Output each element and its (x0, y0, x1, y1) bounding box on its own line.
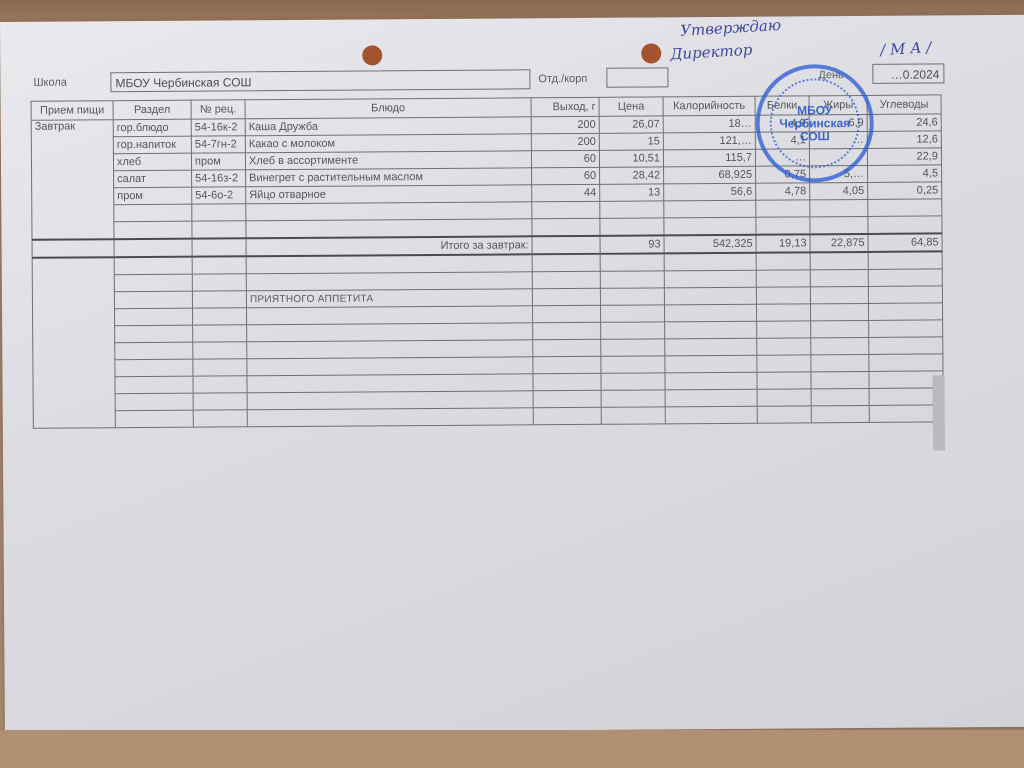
cell-empty (533, 339, 601, 356)
col-carbs: Углеводы (867, 95, 941, 115)
cell-empty (193, 410, 247, 427)
meal-cell: Завтрак (31, 120, 114, 240)
cell-empty (192, 221, 246, 239)
cell-empty (665, 389, 757, 407)
cell-empty (869, 320, 943, 338)
cell-empty (868, 286, 942, 304)
cell-empty (756, 304, 810, 321)
menu-sheet: Утверждаю Директор / М А / Школа МБОУ Че… (0, 15, 1024, 734)
cell-section: хлеб (113, 153, 191, 171)
cell-empty (600, 253, 664, 271)
cell-empty (757, 321, 811, 338)
cell-empty (532, 254, 600, 272)
cell-empty (868, 251, 942, 269)
cell-yield: 60 (532, 167, 600, 184)
col-calories: Калорийность (663, 96, 755, 116)
cell-dish: Винегрет с растительным маслом (246, 168, 532, 187)
cell-empty (115, 393, 193, 411)
cell-empty (811, 405, 869, 422)
cell-empty (664, 217, 756, 235)
cell-empty (114, 221, 192, 239)
cell-empty (246, 272, 532, 291)
cell-empty (811, 354, 869, 371)
approval-signature: / М А / (880, 38, 932, 59)
cell-empty (247, 408, 533, 427)
cell-dish: Каша Дружба (245, 117, 531, 136)
cell-empty (601, 339, 665, 356)
cell-empty (869, 337, 943, 355)
cell-empty (532, 288, 600, 305)
cell-empty (869, 354, 943, 372)
cell-empty (665, 321, 757, 339)
cell-empty (757, 355, 811, 372)
cell-empty (192, 204, 246, 221)
cell-calories: 121,… (663, 132, 755, 150)
cell-empty (665, 355, 757, 373)
cell-empty (757, 372, 811, 389)
cell-empty (601, 356, 665, 373)
school-stamp: МБОУ Чербинская СОШ (755, 64, 874, 183)
cell-yield: 44 (532, 184, 600, 201)
redaction-mark (932, 375, 945, 450)
cell-empty (114, 257, 192, 275)
cell-empty (533, 322, 601, 339)
cell-price: 15 (599, 133, 663, 150)
cell-empty (810, 199, 868, 216)
cell-empty (193, 393, 247, 410)
cell-empty (811, 371, 869, 388)
cell-empty (533, 407, 601, 424)
cell-carbs: 0,25 (868, 182, 942, 200)
cell-empty (664, 200, 756, 218)
cell-empty (193, 376, 247, 393)
cell-empty (115, 359, 193, 377)
cell-empty (756, 200, 810, 217)
cell-yield: 60 (531, 150, 599, 167)
cell-empty (664, 287, 756, 305)
cell-empty (247, 323, 533, 342)
cell-price: 10,51 (599, 150, 663, 167)
cell-empty (192, 291, 246, 308)
cell-empty (600, 218, 664, 236)
cell-empty (600, 288, 664, 305)
cell-empty (193, 325, 247, 342)
cell-recipe: 54-6о-2 (192, 187, 246, 204)
cell-empty (868, 216, 942, 234)
cell-dish: Какао с молоком (245, 134, 531, 153)
cell-empty (114, 274, 192, 292)
total-label: Итого за завтрак: (246, 236, 532, 256)
cell-empty (810, 303, 868, 320)
cell-empty (114, 291, 192, 309)
total-calories: 542,325 (664, 235, 756, 254)
cell-section: гор.блюдо (113, 119, 191, 137)
cell-empty (115, 376, 193, 394)
cell-empty (247, 340, 533, 359)
cell-calories: 68,925 (664, 166, 756, 184)
table-surface (0, 730, 1024, 768)
cell-recipe: 54-7гн-2 (191, 136, 245, 153)
total-protein: 19,13 (756, 234, 810, 252)
punch-hole (641, 43, 661, 63)
cell-carbs: 12,6 (867, 131, 941, 149)
cell-empty (665, 406, 757, 424)
stamp-ring (769, 78, 860, 169)
cell-empty (811, 337, 869, 354)
cell-empty (532, 218, 600, 236)
cell-section: гор.напиток (113, 136, 191, 154)
cell-empty (533, 356, 601, 373)
cell-empty (810, 252, 868, 270)
cell-empty (756, 252, 810, 270)
cell-empty (601, 407, 665, 424)
cell-carbs: 22,9 (867, 148, 941, 166)
cell-recipe: 54-16к-2 (191, 119, 245, 136)
cell-empty (115, 342, 193, 360)
cell-empty (810, 269, 868, 286)
cell-calories: 18… (663, 115, 755, 133)
cell-empty (193, 342, 247, 359)
cell-empty (810, 286, 868, 303)
cell-empty (247, 306, 533, 325)
col-price: Цена (599, 97, 663, 116)
approval-line1: Утверждаю (680, 16, 782, 40)
cell-fat: 4,05 (810, 182, 868, 199)
cell-empty (533, 373, 601, 390)
cell-empty (532, 305, 600, 322)
col-dish: Блюдо (245, 98, 531, 119)
col-meal: Прием пищи (31, 101, 113, 121)
cell-empty (532, 236, 600, 254)
cell-empty (32, 239, 114, 258)
cell-empty (601, 390, 665, 407)
cell-empty (664, 304, 756, 322)
cell-empty (246, 254, 532, 273)
cell-price: 13 (600, 184, 664, 201)
cell-empty (114, 204, 192, 222)
cell-empty (247, 357, 533, 376)
meal-cell-empty (32, 257, 115, 428)
cell-empty (601, 322, 665, 339)
cell-empty (756, 217, 810, 235)
approval-line2: Директор (670, 41, 753, 64)
cell-empty (600, 201, 664, 218)
cell-empty (811, 320, 869, 337)
cell-empty (868, 269, 942, 287)
cell-empty (664, 253, 756, 271)
cell-empty (665, 372, 757, 390)
total-carbs: 64,85 (868, 233, 942, 252)
cell-section: салат (114, 170, 192, 188)
school-label: Школа (33, 77, 67, 89)
cell-dish: Хлеб в ассортименте (245, 151, 531, 170)
cell-empty (193, 359, 247, 376)
cell-empty (532, 271, 600, 288)
cell-protein: 4,78 (756, 183, 810, 200)
day-field: …0.2024 (872, 63, 944, 84)
total-fat: 22,875 (810, 234, 868, 252)
cell-price: 28,42 (600, 167, 664, 184)
cell-empty (246, 202, 532, 221)
cell-empty (246, 219, 532, 238)
cell-empty (868, 199, 942, 217)
cell-empty (810, 216, 868, 234)
cell-empty (756, 270, 810, 287)
cell-empty (811, 388, 869, 405)
dept-label: Отд./корп (538, 73, 587, 85)
cell-yield: 200 (531, 133, 599, 150)
col-section: Раздел (113, 100, 191, 120)
total-price: 93 (600, 235, 664, 253)
cell-empty (115, 410, 193, 428)
cell-empty (757, 406, 811, 423)
cell-empty (601, 373, 665, 390)
cell-empty (114, 239, 192, 258)
cell-section: пром (114, 187, 192, 205)
cell-empty (757, 389, 811, 406)
cell-empty (247, 374, 533, 393)
col-yield: Выход, г (531, 97, 599, 116)
cell-empty (533, 390, 601, 407)
cell-yield: 200 (531, 116, 599, 133)
cell-recipe: 54-16з-2 (192, 170, 246, 187)
cell-empty (664, 270, 756, 288)
dept-field (606, 67, 668, 87)
cell-calories: 115,7 (663, 149, 755, 167)
cell-empty (600, 305, 664, 322)
punch-hole (362, 45, 382, 65)
cell-empty (532, 201, 600, 218)
school-field: МБОУ Чербинская СОШ (110, 69, 530, 92)
cell-calories: 56,6 (664, 183, 756, 201)
cell-empty (192, 238, 246, 256)
cell-dish: Яйцо отварное (246, 185, 532, 204)
cell-empty (665, 338, 757, 356)
cell-empty (192, 274, 246, 291)
appetite-note: ПРИЯТНОГО АППЕТИТА (246, 289, 532, 308)
cell-empty (192, 256, 246, 274)
cell-empty (247, 391, 533, 410)
cell-recipe: пром (191, 153, 245, 170)
col-recipe: № рец. (191, 100, 245, 119)
cell-empty (600, 271, 664, 288)
cell-empty (756, 287, 810, 304)
cell-carbs: 24,6 (867, 114, 941, 132)
cell-empty (868, 303, 942, 321)
cell-price: 26,07 (599, 116, 663, 133)
cell-empty (115, 308, 193, 326)
cell-carbs: 4,5 (868, 165, 942, 183)
cell-empty (115, 325, 193, 343)
cell-empty (193, 308, 247, 325)
cell-empty (757, 338, 811, 355)
